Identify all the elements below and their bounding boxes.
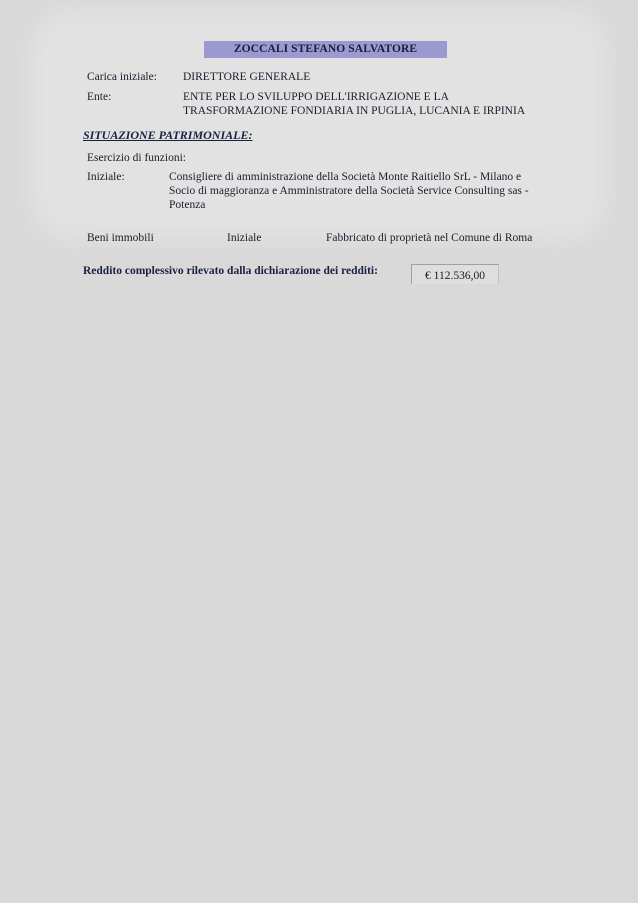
esercizio-label: Esercizio di funzioni: [87,151,186,165]
person-name-title: ZOCCALI STEFANO SALVATORE [204,41,447,58]
iniziale-value-line2: Socio di maggioranza e Amministratore de… [169,184,529,198]
iniziale-value-line3: Potenza [169,198,205,212]
beni-immobili-tipo: Iniziale [227,231,261,245]
reddito-value: € 112.536,00 [411,264,499,284]
carica-label: Carica iniziale: [87,70,157,84]
beni-immobili-label: Beni immobili [87,231,154,245]
reddito-label: Reddito complessivo rilevato dalla dichi… [83,265,378,277]
beni-immobili-descrizione: Fabbricato di proprietà nel Comune di Ro… [326,231,532,245]
ente-label: Ente: [87,90,111,104]
iniziale-label: Iniziale: [87,170,125,184]
carica-value: DIRETTORE GENERALE [183,70,310,84]
situazione-patrimoniale-heading: SITUAZIONE PATRIMONIALE: [83,128,252,143]
ente-value-line1: ENTE PER LO SVILUPPO DELL'IRRIGAZIONE E … [183,90,449,104]
ente-value-line2: TRASFORMAZIONE FONDIARIA IN PUGLIA, LUCA… [183,104,525,118]
iniziale-value-line1: Consigliere di amministrazione della Soc… [169,170,521,184]
